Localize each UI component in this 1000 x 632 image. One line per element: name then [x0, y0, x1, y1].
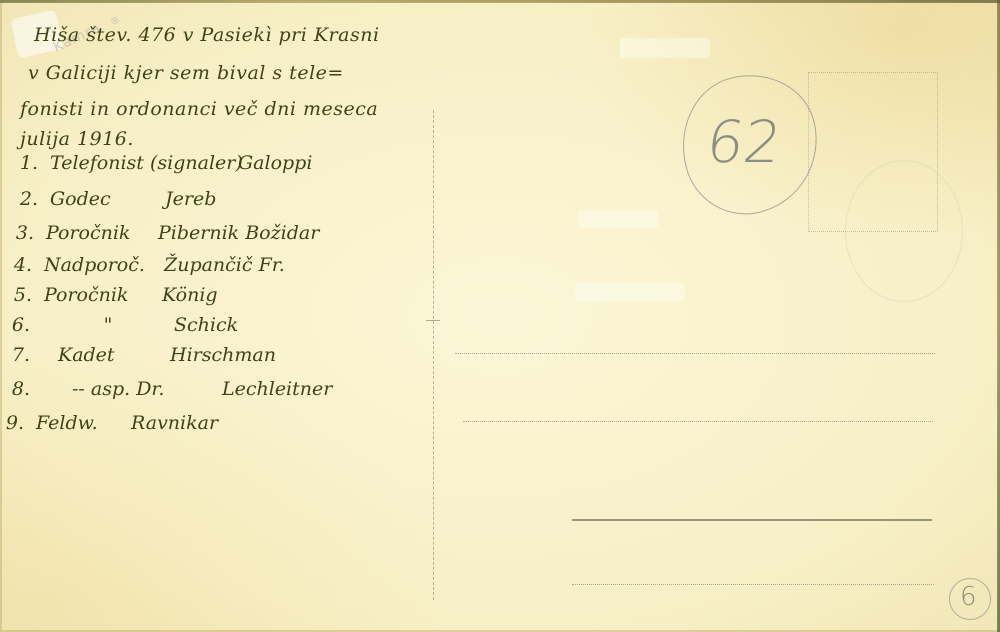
center-divider: [433, 110, 434, 600]
roster-rank-ditto: ": [42, 314, 174, 336]
roster-row: 8. -- asp. Dr. Lechleitner: [0, 378, 332, 400]
roster-name: Jereb: [165, 188, 216, 210]
erasure-patch: [578, 210, 658, 228]
roster-row: 3. Poročnik Pibernik Božidar: [4, 222, 319, 244]
erasure-patch: [620, 38, 710, 58]
roster-number: 2.: [8, 188, 38, 210]
roster-number: 5.: [2, 284, 32, 306]
message-line-1: Hiša štev. 476 v Pasiekì pri Krasni: [34, 24, 380, 46]
address-line-2: [463, 421, 933, 422]
roster-row: 7. Kadet Hirschman: [0, 344, 276, 366]
address-line-4: [572, 584, 934, 585]
roster-number: 6.: [0, 314, 30, 336]
roster-name: Galoppi: [238, 152, 312, 174]
roster-number: 9.: [0, 412, 24, 434]
roster-row: 9. Feldw. Ravnikar: [0, 412, 218, 434]
address-line-1: [455, 353, 935, 354]
roster-name: Lechleitner: [222, 378, 332, 400]
roster-number: 8.: [0, 378, 30, 400]
roster-rank: -- asp. Dr.: [72, 378, 222, 400]
roster-rank: Kadet: [58, 344, 170, 366]
circled-number-6: 6: [960, 582, 977, 612]
roster-number: 4.: [2, 254, 32, 276]
roster-number: 7.: [0, 344, 30, 366]
roster-row: 6. " Schick: [0, 314, 238, 336]
postcard-reverse: Kamra ® Hiša štev. 476 v Pasiekì pri Kra…: [0, 0, 1000, 632]
roster-name: Župančič Fr.: [164, 254, 285, 276]
roster-name: Pibernik Božidar: [158, 222, 319, 244]
address-line-3: [572, 519, 932, 521]
roster-rank: Godec: [50, 188, 165, 210]
roster-number: 3.: [4, 222, 34, 244]
roster-row: 4. Nadporoč. Župančič Fr.: [2, 254, 285, 276]
roster-name: Hirschman: [170, 344, 276, 366]
roster-row: 5. Poročnik König: [2, 284, 218, 306]
erasure-patch: [575, 282, 685, 302]
roster-number: 1.: [8, 152, 38, 174]
roster-name: König: [162, 284, 218, 306]
postmark-circle: [845, 160, 963, 302]
message-line-4: julija 1916.: [20, 128, 134, 150]
roster-name: Schick: [174, 314, 238, 336]
roster-rank: Poročnik: [44, 284, 162, 306]
roster-row: 2. Godec Jereb: [8, 188, 216, 210]
roster-rank: Feldw.: [36, 412, 131, 434]
roster-name: Ravnikar: [131, 412, 218, 434]
roster-row: 1. Telefonist (signaler) Galoppi: [8, 152, 312, 174]
message-line-3: fonisti in ordonanci več dni meseca: [20, 98, 378, 120]
circled-number-62: 62: [702, 108, 785, 176]
divider-tick: [426, 320, 440, 321]
message-line-2: v Galiciji kjer sem bival s tele=: [28, 62, 344, 84]
roster-rank: Telefonist (signaler): [50, 152, 210, 174]
roster-rank: Poročnik: [46, 222, 158, 244]
roster-rank: Nadporoč.: [44, 254, 164, 276]
